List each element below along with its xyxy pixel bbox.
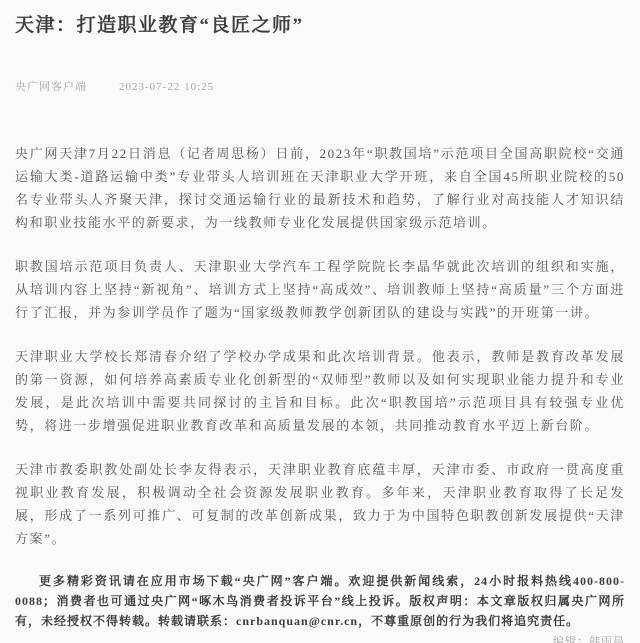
copyright-notice: 更多精彩资讯请在应用市场下载“央广网”客户端。欢迎提供新闻线索，24小时报料热线… [15,571,625,631]
byline: 央广网客户端 2023-07-22 10:25 [15,80,625,95]
publish-timestamp: 2023-07-22 10:25 [119,80,214,95]
article-page: 天津：打造职业教育“良匠之师” 央广网客户端 2023-07-22 10:25 … [0,0,640,643]
article-title: 天津：打造职业教育“良匠之师” [15,12,625,39]
source-label: 央广网客户端 [15,80,87,95]
article-paragraph-2: 职教国培示范项目负责人、天津职业大学汽车工程学院院长李晶华就此次培训的组织和实施… [15,255,625,324]
article-paragraph-3: 天津职业大学校长郑清春介绍了学校办学成果和此次培训背景。他表示，教师是教育改革发… [15,345,625,437]
article-paragraph-1: 央广网天津7月22日消息（记者周思杨）日前，2023年“职教国培”示范项目全国高… [15,142,625,234]
article-paragraph-4: 天津市教委职教处副处长李友得表示，天津职业教育底蕴丰厚，天津市委、市政府一贯高度… [15,458,625,550]
editor-credit: 编辑：韩雨晨 [15,635,625,643]
article-body: 央广网天津7月22日消息（记者周思杨）日前，2023年“职教国培”示范项目全国高… [15,142,625,550]
